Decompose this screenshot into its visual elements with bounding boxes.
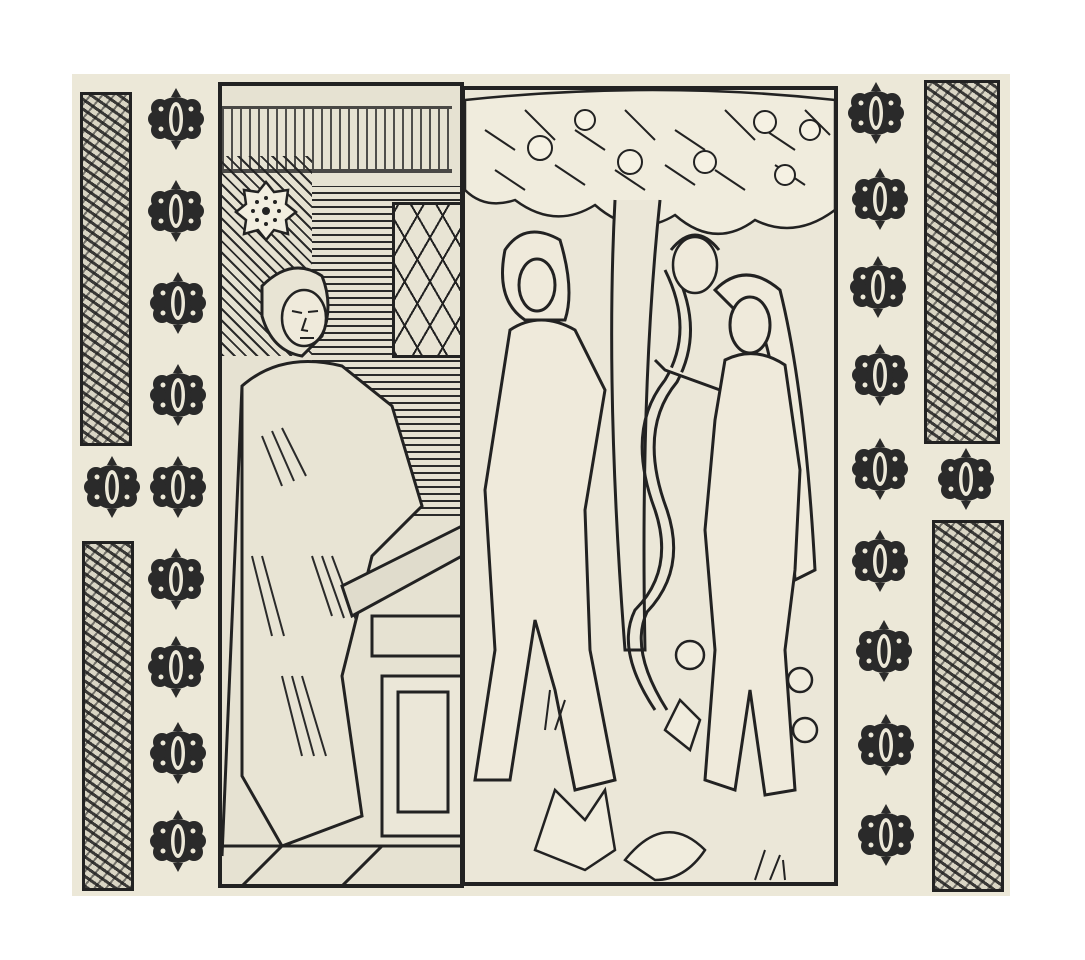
rosette-ornament-icon [148,636,204,698]
scribe-figure [222,256,462,886]
rosette-ornament-icon [852,168,908,230]
rosette-ornament-icon [148,180,204,242]
image-caption: Author/monk at writing desk beside scene… [0,0,1,1]
rose-emblem-icon [234,178,298,242]
adam-and-eve-panel [462,86,838,886]
rosette-ornament-icon [852,530,908,592]
rosette-ornament-icon [852,344,908,406]
rosette-ornament-icon [858,714,914,776]
rosette-ornament-icon [150,272,206,334]
rosette-ornament-icon [150,722,206,784]
adam-figure [475,232,615,790]
right-vine-border-bottom [932,520,1004,892]
garden-scene [465,90,838,886]
rosette-ornament-icon [150,456,206,518]
rosette-ornament-icon [148,548,204,610]
rosette-ornament-icon [150,810,206,872]
rosette-ornament-icon [858,804,914,866]
rosette-ornament-icon [852,438,908,500]
rosette-ornament-icon [84,456,140,518]
right-vine-border-top [924,80,1000,444]
rosette-ornament-icon [850,256,906,318]
canopy [222,106,452,173]
rosette-ornament-icon [856,620,912,682]
rosette-ornament-icon [934,448,998,510]
left-vine-border-top [80,92,132,446]
scribe-panel [218,82,464,888]
left-vine-border-bottom [82,541,134,891]
rosette-ornament-icon [148,88,204,150]
rosette-ornament-icon [848,82,904,144]
rosette-ornament-icon [150,364,206,426]
